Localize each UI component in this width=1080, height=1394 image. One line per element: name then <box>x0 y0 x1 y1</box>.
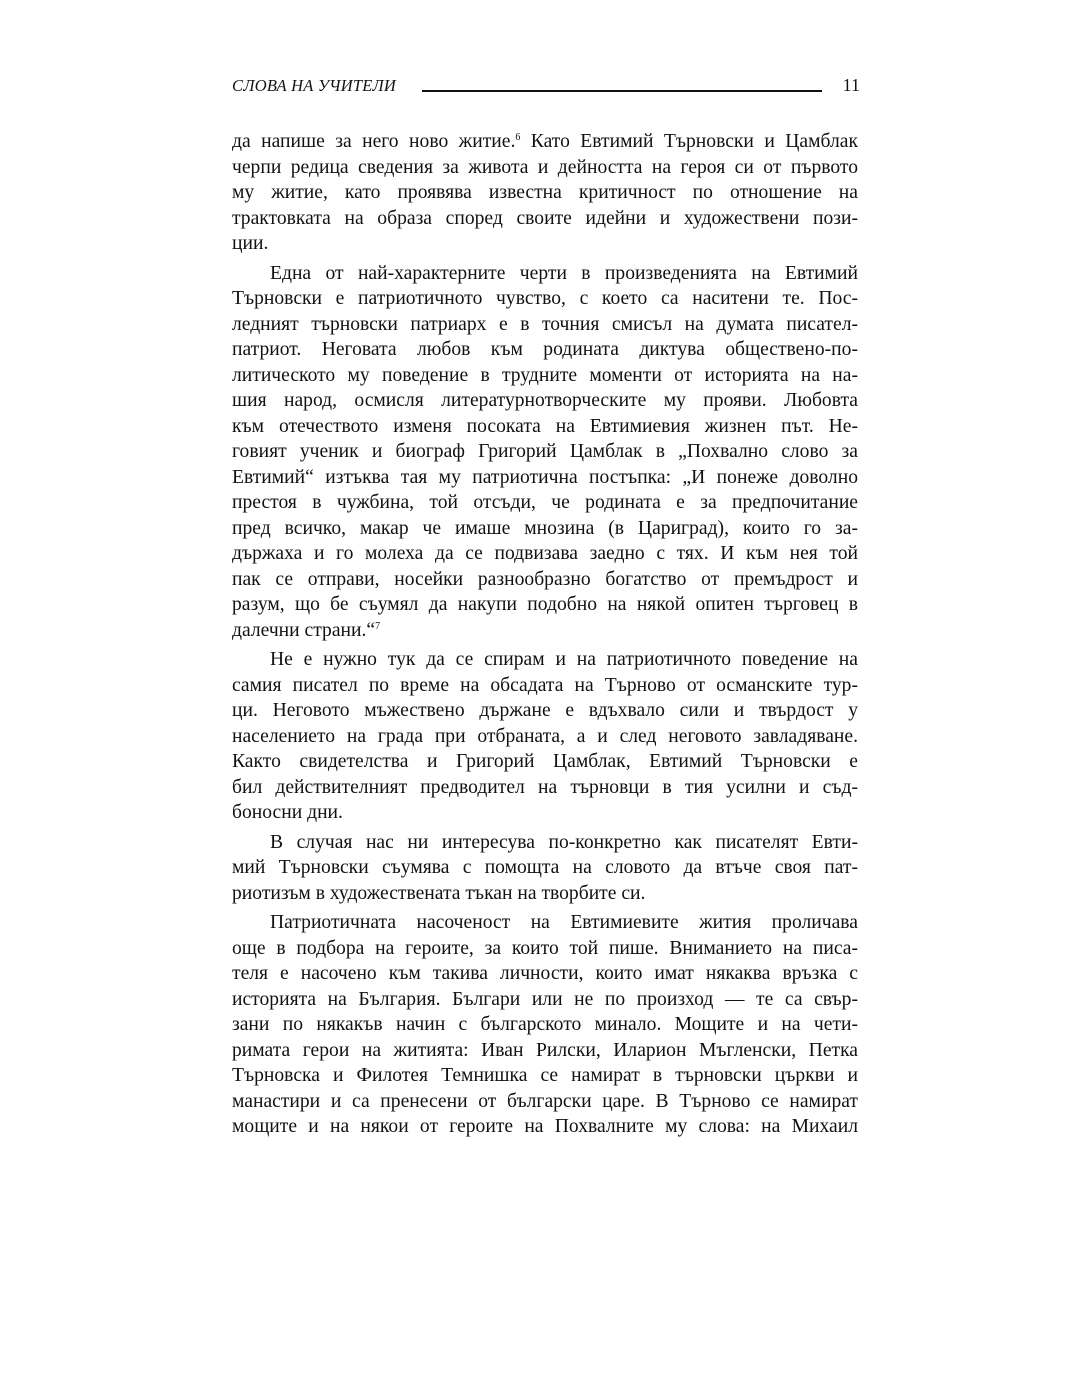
text-line: Патриотичната насоченост на Евтимиевите … <box>232 910 858 936</box>
text-line: престоя в чужбина, той отсъди, че родина… <box>232 490 858 516</box>
text-line: трактовката на образа според своите идей… <box>232 206 858 232</box>
text-line: самия писател по време на обсадата на Тъ… <box>232 673 858 699</box>
text-line: шия народ, осмисля литературнотворческит… <box>232 388 858 414</box>
text-line: риотизъм в художествената тъкан на творб… <box>232 881 858 907</box>
text-line: ци. Неговото мъжествено държане е вдъхва… <box>232 698 858 724</box>
text-line: историята на България. Българи или не по… <box>232 987 858 1013</box>
text-line: Евтимий“ изтъква тая му патриотична пост… <box>232 465 858 491</box>
text-line: му житие, като проявява известна критичн… <box>232 180 858 206</box>
text-line: Както свидетелства и Григорий Цамблак, Е… <box>232 749 858 775</box>
text-line: Една от най-характерните черти в произве… <box>232 261 858 287</box>
text-line: държаха и го молеха да се подвизава заед… <box>232 541 858 567</box>
text-line: В случая нас ни интересува по-конкретно … <box>232 830 858 856</box>
text-line: боносни дни. <box>232 800 858 826</box>
text-line: зани по някакъв начин с българското мина… <box>232 1012 858 1038</box>
text-line: пред всичко, макар че имаше мнозина (в Ц… <box>232 516 858 542</box>
text-line: ции. <box>232 231 858 257</box>
text-line: манастири и са пренесени от български ца… <box>232 1089 858 1115</box>
paragraph: В случая нас ни интересува по-конкретно … <box>232 830 858 907</box>
text-line: да напише за него ново житие.6 Като Евти… <box>232 129 858 155</box>
running-header: СЛОВА НА УЧИТЕЛИ 11 <box>232 76 860 98</box>
paragraph: да напише за него ново житие.6 Като Евти… <box>232 129 858 257</box>
body-text: да напише за него ново житие.6 Като Евти… <box>232 129 858 1140</box>
paragraph: Не е нужно тук да се спирам и на патриот… <box>232 647 858 826</box>
header-rule <box>422 90 822 92</box>
text-line: Не е нужно тук да се спирам и на патриот… <box>232 647 858 673</box>
text-line: още в подбора на героите, за които той п… <box>232 936 858 962</box>
paragraph: Една от най-характерните черти в произве… <box>232 261 858 644</box>
page-number: 11 <box>843 75 860 96</box>
running-title: СЛОВА НА УЧИТЕЛИ <box>232 76 396 96</box>
text-line: бил действителният предводител на търнов… <box>232 775 858 801</box>
paragraph: Патриотичната насоченост на Евтимиевите … <box>232 910 858 1140</box>
text-line: далечни страни.“7 <box>232 618 858 644</box>
text-line: населението на града при отбраната, а и … <box>232 724 858 750</box>
text-line: литическото му поведение в трудните моме… <box>232 363 858 389</box>
text-line: мий Търновски съумява с помощта на слово… <box>232 855 858 881</box>
text-line: черпи редица сведения за живота и дейнос… <box>232 155 858 181</box>
text-line: патриот. Неговата любов към родината дик… <box>232 337 858 363</box>
text-line: теля е насочено към такива личности, кои… <box>232 961 858 987</box>
text-line: ледният търновски патриарх е в точния см… <box>232 312 858 338</box>
text-line: говият ученик и биограф Григорий Цамблак… <box>232 439 858 465</box>
text-line: разум, що бе съумял да накупи подобно на… <box>232 592 858 618</box>
text-line: към отечеството изменя посоката на Евтим… <box>232 414 858 440</box>
text-line: римата герои на житията: Иван Рилски, Ил… <box>232 1038 858 1064</box>
text-line: мощите и на някои от героите на Похвални… <box>232 1114 858 1140</box>
text-line: пак се отправи, носейки разнообразно бог… <box>232 567 858 593</box>
text-line: Търновска и Филотея Темнишка се намират … <box>232 1063 858 1089</box>
text-line: Търновски е патриотичното чувство, с кое… <box>232 286 858 312</box>
